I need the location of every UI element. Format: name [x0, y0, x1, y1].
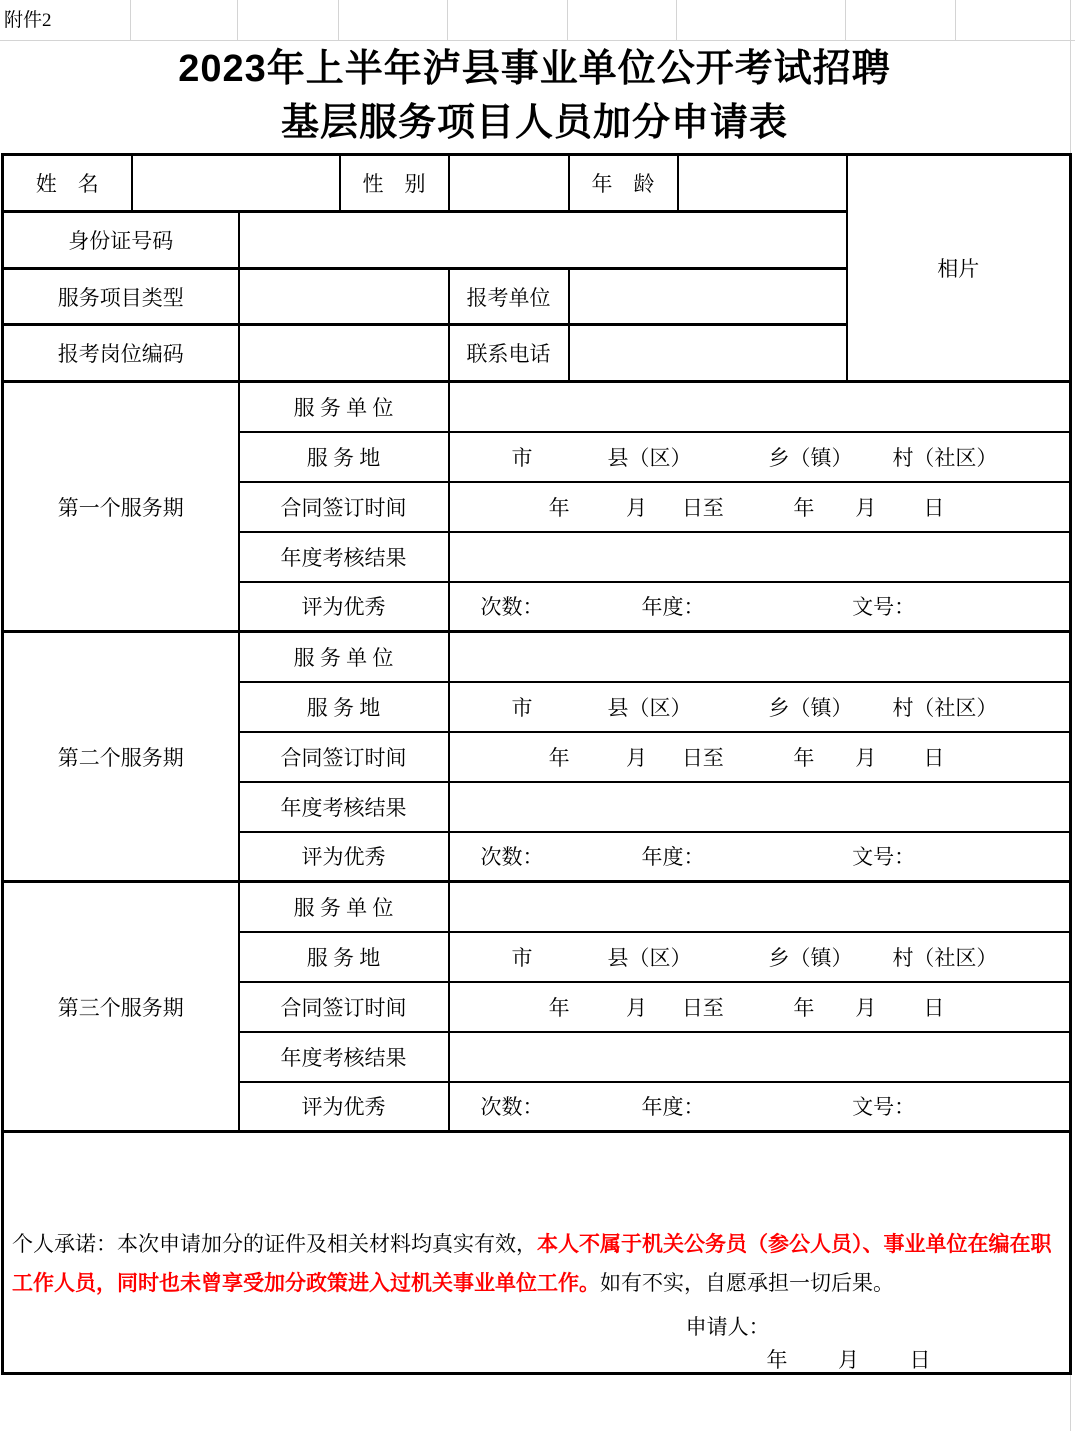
contract-month-label: 月	[626, 992, 647, 1022]
form-title-line1: 2023年上半年泸县事业单位公开考试招聘	[0, 42, 1069, 96]
service-place-label: 服 务 地	[239, 682, 449, 732]
contract-month2-label: 月	[855, 742, 876, 772]
place-county-label: 县（区）	[607, 692, 691, 722]
assessment-result-label: 年度考核结果	[239, 782, 449, 832]
rated-excellent-label: 评为优秀	[239, 1082, 449, 1132]
assessment-result-label: 年度考核结果	[239, 532, 449, 582]
name-label: 姓 名	[3, 155, 132, 212]
top-gridline-strip	[0, 0, 1075, 41]
application-form-table: 姓 名 性 别 年 龄 相片 身份证号码 服务项目类型 报考单位 报考岗位编码 …	[1, 153, 1072, 1375]
date-day-label: 日	[910, 1344, 931, 1374]
date-month-label: 月	[838, 1344, 859, 1374]
contract-year2-label: 年	[793, 492, 814, 522]
age-input-cell[interactable]	[678, 155, 847, 212]
place-city-label: 市	[511, 942, 532, 972]
form-title: 2023年上半年泸县事业单位公开考试招聘 基层服务项目人员加分申请表	[0, 42, 1069, 150]
gridline	[338, 0, 339, 41]
period-3-service-place-input-cell[interactable]: 市 县（区） 乡（镇） 村（社区）	[449, 932, 1071, 982]
commitment-text-prefix: 个人承诺：本次申请加分的证件及相关材料均真实有效，	[12, 1232, 537, 1256]
place-village-label: 村（社区）	[892, 692, 997, 722]
commitment-text-suffix: 如有不实，自愿承担一切后果。	[600, 1271, 894, 1295]
service-unit-label: 服 务 单 位	[239, 882, 449, 932]
excellent-times-label: 次数：	[480, 841, 543, 871]
position-code-input-cell[interactable]	[239, 325, 449, 382]
excellent-times-label: 次数：	[480, 591, 543, 621]
contract-day2-label: 日	[923, 492, 944, 522]
gridline	[130, 0, 131, 41]
contract-year-label: 年	[549, 742, 570, 772]
contract-day2-label: 日	[923, 992, 944, 1022]
contract-year-label: 年	[549, 492, 570, 522]
gender-input-cell[interactable]	[449, 155, 569, 212]
gridline	[845, 0, 846, 41]
age-label: 年 龄	[569, 155, 678, 212]
rated-excellent-label: 评为优秀	[239, 832, 449, 882]
period-1-service-unit-input-cell[interactable]	[449, 382, 1071, 432]
service-place-label: 服 务 地	[239, 932, 449, 982]
excellent-year-label: 年度：	[642, 1091, 705, 1121]
excellent-year-label: 年度：	[642, 841, 705, 871]
place-village-label: 村（社区）	[892, 942, 997, 972]
contract-time-label: 合同签订时间	[239, 982, 449, 1032]
attachment-label: 附件2	[4, 7, 52, 35]
service-unit-label: 服 务 单 位	[239, 382, 449, 432]
contract-year2-label: 年	[793, 742, 814, 772]
place-township-label: 乡（镇）	[769, 942, 853, 972]
applicant-label: 申请人：	[686, 1311, 770, 1341]
contract-month2-label: 月	[855, 492, 876, 522]
gridline	[676, 0, 677, 41]
signature-date-line: 年 月 日	[767, 1344, 931, 1374]
position-code-label: 报考岗位编码	[3, 325, 239, 382]
period-2-service-place-input-cell[interactable]: 市 县（区） 乡（镇） 村（社区）	[449, 682, 1071, 732]
period-3-assessment-input-cell[interactable]	[449, 1032, 1071, 1082]
period-3-service-unit-input-cell[interactable]	[449, 882, 1071, 932]
contract-year-label: 年	[549, 992, 570, 1022]
place-village-label: 村（社区）	[892, 442, 997, 472]
contact-phone-input-cell[interactable]	[569, 325, 847, 382]
contract-time-label: 合同签订时间	[239, 732, 449, 782]
period-3-contract-time-input-cell[interactable]: 年 月 日至 年 月 日	[449, 982, 1071, 1032]
excellent-times-label: 次数：	[480, 1091, 543, 1121]
service-unit-label: 服 务 单 位	[239, 632, 449, 682]
apply-unit-input-cell[interactable]	[569, 269, 847, 325]
excellent-docno-label: 文号：	[852, 591, 915, 621]
contract-day-to-label: 日至	[682, 992, 724, 1022]
contract-month-label: 月	[626, 742, 647, 772]
name-input-cell[interactable]	[132, 155, 340, 212]
gridline	[567, 0, 568, 41]
service-project-type-label: 服务项目类型	[3, 269, 239, 325]
period-2-excellent-input-cell[interactable]: 次数： 年度： 文号：	[449, 832, 1071, 882]
excellent-docno-label: 文号：	[852, 841, 915, 871]
service-project-type-input-cell[interactable]	[239, 269, 449, 325]
contract-day2-label: 日	[923, 742, 944, 772]
place-city-label: 市	[511, 692, 532, 722]
service-place-label: 服 务 地	[239, 432, 449, 482]
period-2-label: 第二个服务期	[3, 632, 239, 882]
place-county-label: 县（区）	[607, 442, 691, 472]
excellent-year-label: 年度：	[642, 591, 705, 621]
assessment-result-label: 年度考核结果	[239, 1032, 449, 1082]
contract-day-to-label: 日至	[682, 742, 724, 772]
form-page: 附件2 2023年上半年泸县事业单位公开考试招聘 基层服务项目人员加分申请表 姓…	[0, 0, 1075, 1431]
period-1-excellent-input-cell[interactable]: 次数： 年度： 文号：	[449, 582, 1071, 632]
period-1-assessment-input-cell[interactable]	[449, 532, 1071, 582]
contract-month-label: 月	[626, 492, 647, 522]
contract-time-label: 合同签订时间	[239, 482, 449, 532]
period-1-contract-time-input-cell[interactable]: 年 月 日至 年 月 日	[449, 482, 1071, 532]
place-county-label: 县（区）	[607, 942, 691, 972]
place-township-label: 乡（镇）	[769, 442, 853, 472]
contract-month2-label: 月	[855, 992, 876, 1022]
commitment-cell: 个人承诺：本次申请加分的证件及相关材料均真实有效，本人不属于机关公务员（参公人员…	[3, 1132, 1071, 1374]
place-township-label: 乡（镇）	[769, 692, 853, 722]
excellent-docno-label: 文号：	[852, 1091, 915, 1121]
period-1-service-place-input-cell[interactable]: 市 县（区） 乡（镇） 村（社区）	[449, 432, 1071, 482]
period-2-contract-time-input-cell[interactable]: 年 月 日至 年 月 日	[449, 732, 1071, 782]
photo-cell[interactable]: 相片	[847, 155, 1071, 382]
period-3-label: 第三个服务期	[3, 882, 239, 1132]
period-2-service-unit-input-cell[interactable]	[449, 632, 1071, 682]
id-number-label: 身份证号码	[3, 212, 239, 269]
period-3-excellent-input-cell[interactable]: 次数： 年度： 文号：	[449, 1082, 1071, 1132]
period-1-label: 第一个服务期	[3, 382, 239, 632]
gridline	[447, 0, 448, 41]
contract-day-to-label: 日至	[682, 492, 724, 522]
commitment-text: 个人承诺：本次申请加分的证件及相关材料均真实有效，本人不属于机关公务员（参公人员…	[4, 1202, 1069, 1303]
id-number-input-cell[interactable]	[239, 212, 847, 269]
contact-phone-label: 联系电话	[449, 325, 569, 382]
gridline	[237, 0, 238, 41]
apply-unit-label: 报考单位	[449, 269, 569, 325]
contract-year2-label: 年	[793, 992, 814, 1022]
rated-excellent-label: 评为优秀	[239, 582, 449, 632]
period-2-assessment-input-cell[interactable]	[449, 782, 1071, 832]
date-year-label: 年	[767, 1344, 788, 1374]
gridline	[955, 0, 956, 41]
form-title-line2: 基层服务项目人员加分申请表	[0, 96, 1069, 150]
place-city-label: 市	[511, 442, 532, 472]
gender-label: 性 别	[340, 155, 449, 212]
